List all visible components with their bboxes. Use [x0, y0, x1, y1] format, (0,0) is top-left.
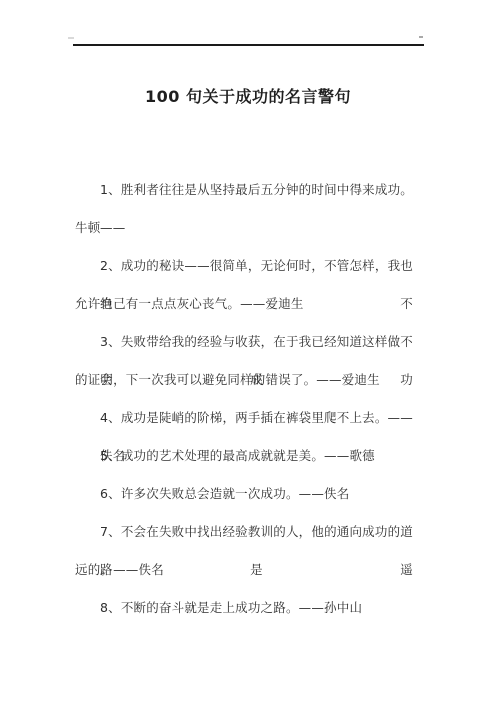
body-line: 5、成功的艺术处理的最高成就就是美。——歌德 [75, 437, 413, 475]
header-artifact-icon [419, 36, 423, 38]
document-page: 100 句关于成功的名言警句 1、胜利者往往是从坚持最后五分钟的时间中得来成功。… [0, 0, 496, 702]
body-line: 4、成功是陡峭的阶梯，两手插在裤袋里爬不上去。——佚名 [75, 399, 413, 437]
body-line: 的证明，下一次我可以避免同样的错误了。——爱迪生 [75, 361, 413, 399]
document-body: 1、胜利者往往是从坚持最后五分钟的时间中得来成功。——牛顿2、成功的秘诀——很简… [75, 171, 413, 627]
body-line: 6、许多次失败总会造就一次成功。——佚名 [75, 475, 413, 513]
body-line: 3、失败带给我的经验与收获，在于我已经知道这样做不会成功 [75, 323, 413, 361]
body-line: 2、成功的秘诀——很简单，无论何时，不管怎样，我也绝不 [75, 247, 413, 285]
header-artifact-icon [68, 37, 74, 39]
header-rule [73, 44, 424, 46]
body-line: 牛顿 [75, 209, 413, 247]
body-line: 7、不会在失败中找出经验教训的人，他的通向成功的道路是遥 [75, 513, 413, 551]
body-line: 8、不断的奋斗就是走上成功之路。——孙中山 [75, 589, 413, 627]
page-title: 100 句关于成功的名言警句 [0, 84, 496, 107]
body-line: 1、胜利者往往是从坚持最后五分钟的时间中得来成功。—— [75, 171, 413, 209]
